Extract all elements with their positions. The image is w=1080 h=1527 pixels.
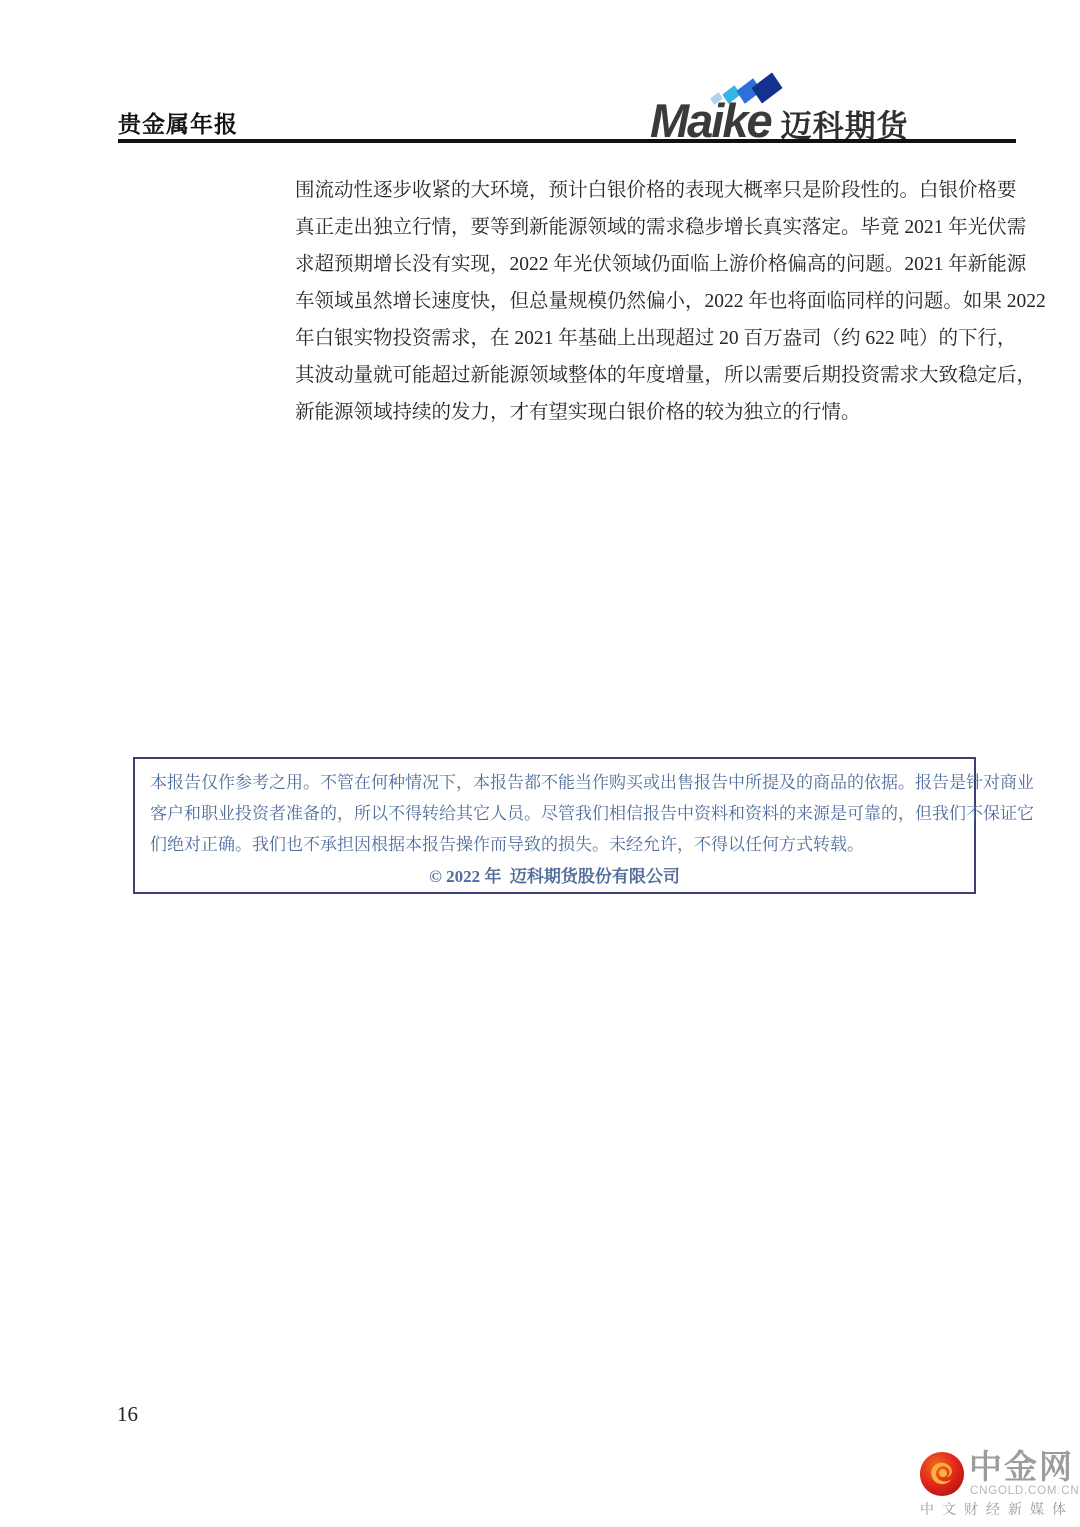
paragraph-line: 围流动性逐步收紧的大环境，预计白银价格的表现大概率只是阶段性的。白银价格要 [295, 172, 1011, 209]
watermark-site-name: 中金网 [969, 1450, 1074, 1483]
logo-text-row: Maike 迈科期货 [650, 97, 909, 144]
watermark-tagline: 中文财经新媒体 [920, 1502, 1074, 1516]
paragraph-line: 车领域虽然增长速度快，但总量规模仍然偏小，2022 年也将面临同样的问题。如果 … [295, 283, 1011, 320]
body-paragraph: 围流动性逐步收紧的大环境，预计白银价格的表现大概率只是阶段性的。白银价格要 真正… [295, 172, 1011, 431]
maike-cn-wordmark: 迈科期货 [781, 111, 909, 142]
maike-wordmark: Maike [650, 97, 771, 144]
paragraph-line: 新能源领域持续的发力，才有望实现白银价格的较为独立的行情。 [295, 394, 1011, 431]
paragraph-line: 其波动量就可能超过新能源领域整体的年度增量，所以需要后期投资需求大致稳定后， [295, 357, 1011, 394]
header-rule [118, 139, 1016, 143]
watermark-site-url: CNGOLD.COM.CN [970, 1486, 1079, 1498]
paragraph-line: 真正走出独立行情，要等到新能源领域的需求稳步增长真实落定。毕竟 2021 年光伏… [295, 209, 1011, 246]
report-type-label: 贵金属年报 [118, 106, 238, 139]
copyright-line: © 2022 年 迈科期货股份有限公司 [150, 860, 959, 891]
disclaimer-line: 客户和职业投资者准备的，所以不得转给其它人员。尽管我们相信报告中资料和资料的来源… [150, 798, 959, 829]
report-page: 贵金属年报 Maike 迈科期货 围流动性逐步收紧的大环境，预计白银价格的表现大… [0, 0, 1080, 1527]
page-number: 16 [117, 1402, 138, 1427]
disclaimer-line: 们绝对正确。我们也不承担因根据本报告操作而导致的损失。未经允许，不得以任何方式转… [150, 829, 959, 860]
cngold-watermark: 中金网 CNGOLD.COM.CN 中文财经新媒体 [903, 1441, 1075, 1521]
disclaimer-box: 本报告仅作参考之用。不管在何种情况下，本报告都不能当作购买或出售报告中所提及的商… [133, 757, 976, 894]
maike-brand-logo: Maike 迈科期货 [650, 73, 950, 145]
disclaimer-line: 本报告仅作参考之用。不管在何种情况下，本报告都不能当作购买或出售报告中所提及的商… [150, 767, 959, 798]
cngold-logo-icon [919, 1451, 965, 1497]
paragraph-line: 年白银实物投资需求，在 2021 年基础上出现超过 20 百万盎司（约 622 … [295, 320, 1011, 357]
paragraph-line: 求超预期增长没有实现，2022 年光伏领域仍面临上游价格偏高的问题。2021 年… [295, 246, 1011, 283]
